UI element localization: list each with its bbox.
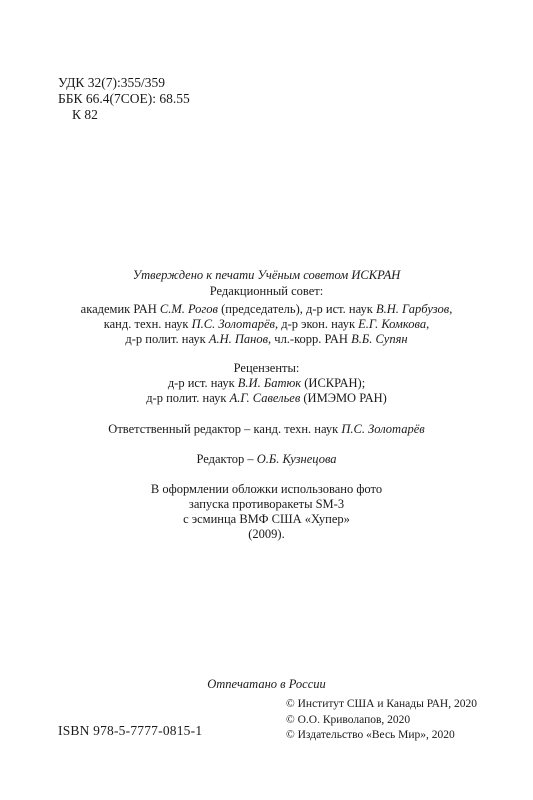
text-segment: , д-р экон. наук <box>275 317 358 331</box>
copyright-line: © Институт США и Канады РАН, 2020 <box>286 697 477 713</box>
reviewers-heading: Рецензенты: <box>0 361 533 375</box>
text-segment: Ответственный редактор – канд. техн. нау… <box>108 422 341 436</box>
text-segment: , <box>426 317 429 331</box>
copyright-line: © Издательство «Весь Мир», 2020 <box>286 728 477 744</box>
approval-line: Утверждено к печати Учёным советом ИСКРА… <box>0 268 533 282</box>
responsible-editor-line: Ответственный редактор – канд. техн. нау… <box>0 422 533 436</box>
text-segment: канд. техн. наук <box>104 317 192 331</box>
cover-note-line: запуска противоракеты SM-3 <box>0 497 533 511</box>
editor-line: Редактор – О.Б. Кузнецова <box>0 452 533 466</box>
person-name: А.Н. Панов <box>209 332 268 346</box>
printed-in-line: Отпечатано в России <box>0 677 533 691</box>
udk-code: УДК 32(7):355/359 <box>58 75 190 91</box>
text-segment: академик РАН <box>81 302 160 316</box>
text-segment: (председатель), д-р ист. наук <box>218 302 376 316</box>
text-segment: д-р полит. наук <box>146 391 229 405</box>
person-name: Е.Г. Комкова <box>358 317 426 331</box>
person-name: О.Б. Кузнецова <box>257 452 337 466</box>
text-segment: (ИМЭМО РАН) <box>300 391 387 405</box>
text-segment: (ИСКРАН); <box>301 376 365 390</box>
editorial-board-line: д-р полит. наук А.Н. Панов, чл.-корр. РА… <box>0 332 533 346</box>
person-name: П.С. Золотарёв <box>192 317 275 331</box>
person-name: В.И. Батюк <box>238 376 301 390</box>
editorial-board-heading: Редакционный совет: <box>0 284 533 298</box>
editorial-board-line: канд. техн. наук П.С. Золотарёв, д-р эко… <box>0 317 533 331</box>
reviewer-line: д-р полит. наук А.Г. Савельев (ИМЭМО РАН… <box>0 391 533 405</box>
person-name: С.М. Рогов <box>160 302 218 316</box>
copyright-block: © Институт США и Канады РАН, 2020 © О.О.… <box>286 697 477 744</box>
text-segment: , чл.-корр. РАН <box>268 332 351 346</box>
reviewer-line: д-р ист. наук В.И. Батюк (ИСКРАН); <box>0 376 533 390</box>
text-segment: Редактор – <box>196 452 256 466</box>
classification-block: УДК 32(7):355/359 ББК 66.4(7СОЕ): 68.55 … <box>58 75 190 123</box>
copyright-line: © О.О. Криволапов, 2020 <box>286 713 477 729</box>
text-segment: , <box>449 302 452 316</box>
isbn: ISBN 978-5-7777-0815-1 <box>58 723 202 739</box>
text-segment: д-р ист. наук <box>168 376 238 390</box>
person-name: В.Н. Гарбузов <box>376 302 449 316</box>
person-name: А.Г. Савельев <box>230 391 301 405</box>
editorial-board-line: академик РАН С.М. Рогов (председатель), … <box>0 302 533 316</box>
person-name: П.С. Золотарёв <box>341 422 424 436</box>
author-mark: К 82 <box>58 107 190 123</box>
cover-note-line: с эсминца ВМФ США «Хупер» <box>0 512 533 526</box>
text-segment: д-р полит. наук <box>125 332 208 346</box>
person-name: В.Б. Супян <box>351 332 408 346</box>
bbk-code: ББК 66.4(7СОЕ): 68.55 <box>58 91 190 107</box>
cover-note-line: (2009). <box>0 527 533 541</box>
cover-note-line: В оформлении обложки использовано фото <box>0 482 533 496</box>
